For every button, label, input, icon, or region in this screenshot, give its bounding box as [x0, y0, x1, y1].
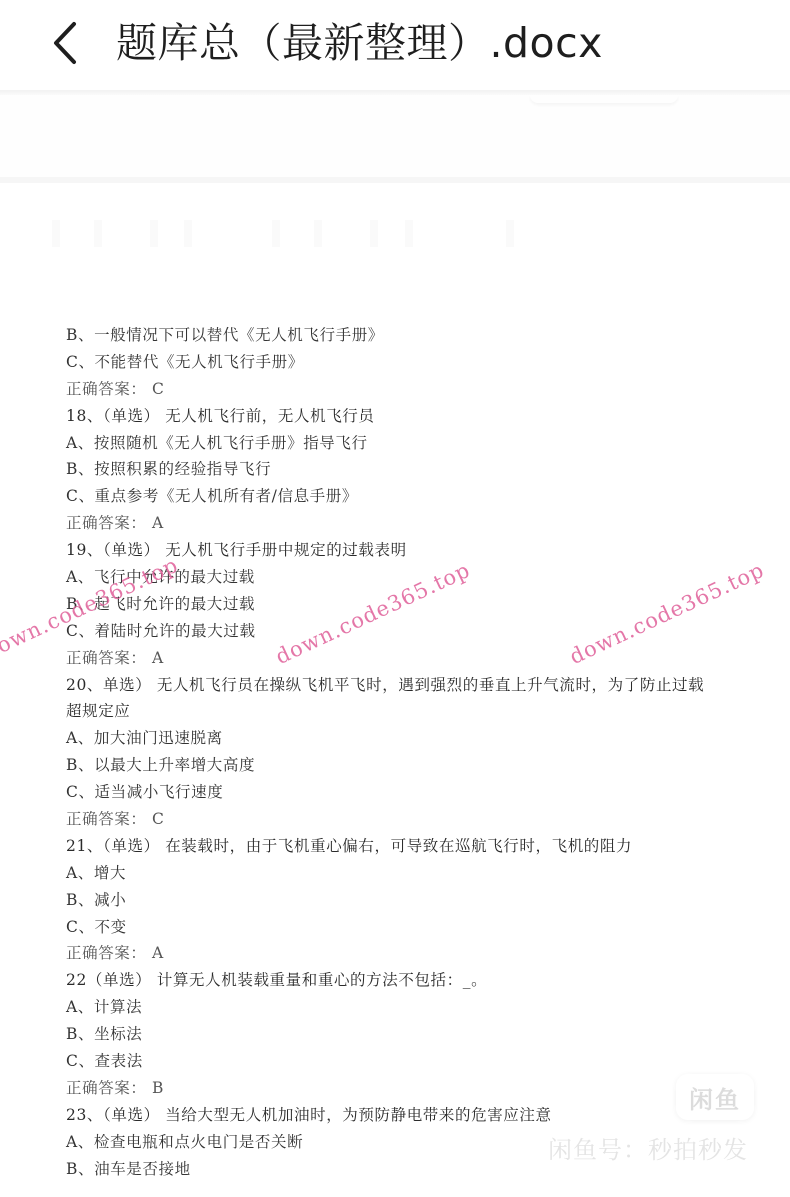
- document-title: 题库总（最新整理）.docx: [116, 14, 603, 72]
- toolbar-handle[interactable]: [530, 95, 678, 103]
- option-line: C、适当减小飞行速度: [66, 779, 790, 806]
- option-line: A、增大: [66, 860, 790, 887]
- answer-line: 正确答案： C: [66, 806, 790, 833]
- toolbar-area: [0, 95, 790, 177]
- option-line: B、一般情况下可以替代《无人机飞行手册》: [66, 322, 790, 349]
- option-line: B、减小: [66, 887, 790, 914]
- question-line: 19、（单选） 无人机飞行手册中规定的过载表明: [66, 537, 790, 564]
- question-line: 22（单选） 计算无人机装载重量和重心的方法不包括：_。: [66, 967, 790, 994]
- option-line: C、不变: [66, 914, 790, 941]
- answer-line: 正确答案： A: [66, 510, 790, 537]
- option-line: A、计算法: [66, 994, 790, 1021]
- question-line: 20、单选） 无人机飞行员在操纵飞机平飞时，遇到强烈的垂直上升气流时，为了防止过…: [66, 672, 790, 699]
- option-line: A、按照随机《无人机飞行手册》指导飞行: [66, 430, 790, 457]
- answer-line: 正确答案： A: [66, 645, 790, 672]
- option-line: B、以最大上升率增大高度: [66, 752, 790, 779]
- option-line: A、飞行中允许的最大过载: [66, 564, 790, 591]
- option-line: B、起飞时允许的最大过载: [66, 591, 790, 618]
- option-line: C、不能替代《无人机飞行手册》: [66, 349, 790, 376]
- option-line: C、查表法: [66, 1048, 790, 1075]
- question-line: 超规定应: [66, 698, 790, 725]
- option-line: C、着陆时允许的最大过载: [66, 618, 790, 645]
- answer-line: 正确答案： A: [66, 940, 790, 967]
- title-bar: 题库总（最新整理）.docx: [0, 0, 790, 90]
- answer-line: 正确答案： C: [66, 376, 790, 403]
- option-line: A、加大油门迅速脱离: [66, 725, 790, 752]
- document-content: B、一般情况下可以替代《无人机飞行手册》 C、不能替代《无人机飞行手册》 正确答…: [66, 322, 790, 1183]
- xianyu-logo-watermark: 闲鱼: [676, 1074, 754, 1120]
- option-line: B、坐标法: [66, 1021, 790, 1048]
- option-line: B、按照积累的经验指导飞行: [66, 456, 790, 483]
- question-line: 21、（单选） 在装载时，由于飞机重心偏右，可导致在巡航飞行时，飞机的阻力: [66, 833, 790, 860]
- chevron-left-icon: [46, 18, 86, 68]
- question-line: 18、（单选） 无人机飞行前，无人机飞行员: [66, 403, 790, 430]
- back-button[interactable]: [46, 18, 86, 68]
- xianyu-id-watermark: 闲鱼号：秒拍秒发: [548, 1130, 748, 1165]
- faint-table-marks: [0, 220, 790, 250]
- option-line: C、重点参考《无人机所有者/信息手册》: [66, 483, 790, 510]
